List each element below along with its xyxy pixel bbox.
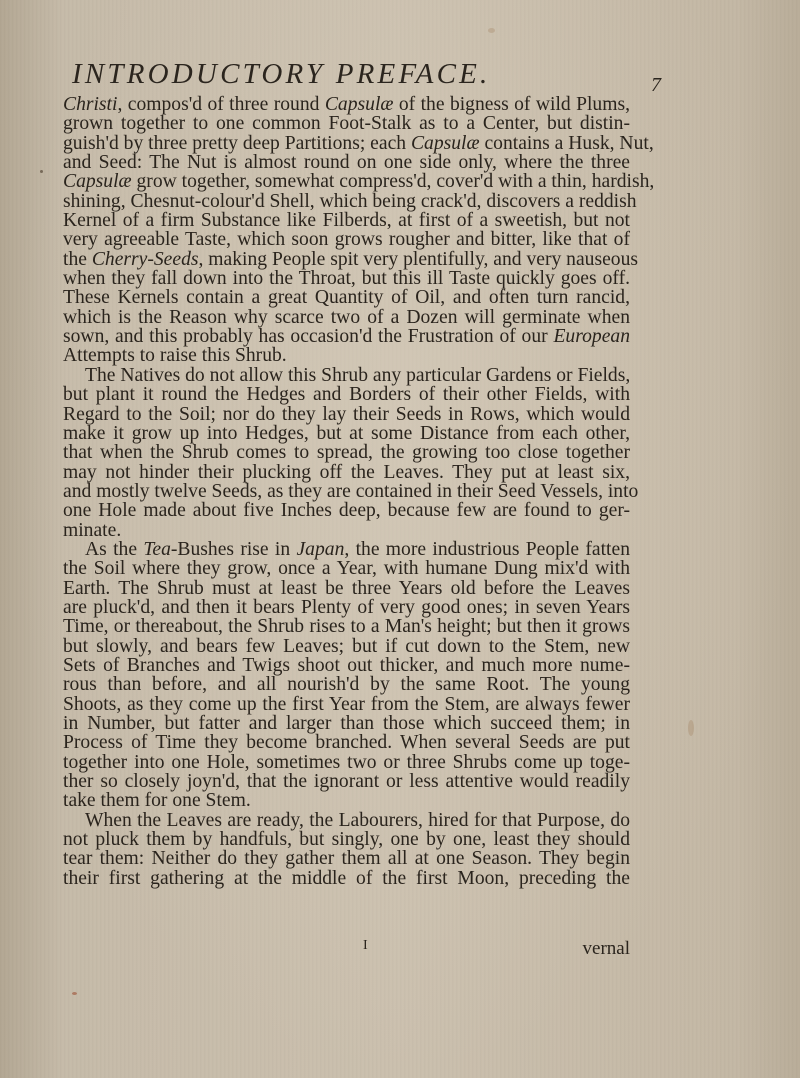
text-run: Regard to the Soil; nor do they lay thei… <box>63 404 630 425</box>
page-footer: I vernal <box>63 938 630 960</box>
text-run: tear them: Neither do they gather them a… <box>63 848 630 869</box>
text-line: rous than before, and all nourish'd by t… <box>63 675 630 694</box>
text-line: sown, and this probably has occasion'd t… <box>63 327 630 346</box>
text-line: grown together to one common Foot-Stalk … <box>63 114 630 133</box>
text-run: the <box>63 249 92 270</box>
text-run: of the bigness of wild Plums, <box>393 94 630 115</box>
text-line: These Kernels contain a great Quantity o… <box>63 288 630 307</box>
text-line: their first gathering at the middle of t… <box>63 869 630 888</box>
text-line: but slowly, and bears few Leaves; but if… <box>63 637 630 656</box>
text-line: When the Leaves are ready, the Labourers… <box>63 811 630 830</box>
text-line: together into one Hole, sometimes two or… <box>63 753 630 772</box>
text-run: These Kernels contain a great Quantity o… <box>63 287 630 308</box>
text-line: very agreeable Taste, which soon grows r… <box>63 230 630 249</box>
italic-term: Japan <box>296 539 344 560</box>
text-run: -Bushes rise in <box>171 539 297 560</box>
text-run: , making People spit very plentifully, a… <box>199 249 639 270</box>
paper-stain <box>72 992 77 995</box>
text-run: are pluck'd, and then it bears Plenty of… <box>63 597 630 618</box>
text-run: take them for one Stem. <box>63 790 251 811</box>
text-line: may not hinder their plucking off the Le… <box>63 463 630 482</box>
text-run: sown, and this probably has occasion'd t… <box>63 326 553 347</box>
text-run: may not hinder their plucking off the Le… <box>63 462 630 483</box>
text-run: grow together, somewhat compress'd, cove… <box>132 171 655 192</box>
text-run: The Natives do not allow this Shrub any … <box>85 365 630 386</box>
book-page: INTRODUCTORY PREFACE. 7 Christi, compos'… <box>0 0 800 1078</box>
text-line: Kernel of a firm Substance like Filberds… <box>63 211 630 230</box>
italic-term: Tea <box>143 539 171 560</box>
text-run: when they fall down into the Throat, but… <box>63 268 630 289</box>
catchword: vernal <box>583 938 630 960</box>
signature-mark: I <box>363 938 368 954</box>
text-line: and mostly twelve Seeds, as they are con… <box>63 482 630 501</box>
text-run: grown together to one common Foot-Stalk … <box>63 113 630 134</box>
text-line: and Seed: The Nut is almost round on one… <box>63 153 630 172</box>
running-head: INTRODUCTORY PREFACE. <box>72 58 592 91</box>
text-run: very agreeable Taste, which soon grows r… <box>63 229 630 250</box>
text-run: Earth. The Shrub must at least be three … <box>63 578 630 599</box>
paper-stain <box>488 28 495 33</box>
text-line: Process of Time they become branched. Wh… <box>63 733 630 752</box>
text-line: The Natives do not allow this Shrub any … <box>63 366 630 385</box>
text-run: Process of Time they become branched. Wh… <box>63 732 630 753</box>
text-line: Regard to the Soil; nor do they lay thei… <box>63 405 630 424</box>
italic-term: Christi <box>63 94 117 115</box>
text-line: that when the Shrub comes to spread, the… <box>63 443 630 462</box>
text-run: As the <box>85 539 143 560</box>
text-line: take them for one Stem. <box>63 791 630 810</box>
text-line: minate. <box>63 521 630 540</box>
text-line: are pluck'd, and then it bears Plenty of… <box>63 598 630 617</box>
italic-term: European <box>553 326 630 347</box>
text-run: When the Leaves are ready, the Labourers… <box>85 810 630 831</box>
text-line: the Cherry-Seeds, making People spit ver… <box>63 250 630 269</box>
italic-term: Capsulæ <box>325 94 394 115</box>
text-line: which is the Reason why scarce two of a … <box>63 308 630 327</box>
text-run: their first gathering at the middle of t… <box>63 868 630 889</box>
text-line: Shoots, as they come up the first Year f… <box>63 695 630 714</box>
paper-stain <box>688 720 694 736</box>
italic-term: Capsulæ <box>63 171 132 192</box>
body-text: Christi, compos'd of three round Capsulæ… <box>63 95 630 888</box>
text-line: Capsulæ grow together, somewhat compress… <box>63 172 630 191</box>
text-line: guish'd by three pretty deep Partitions;… <box>63 134 630 153</box>
text-run: Attempts to raise this Shrub. <box>63 345 287 366</box>
text-run: but plant it round the Hedges and Border… <box>63 384 630 405</box>
text-run: Sets of Branches and Twigs shoot out thi… <box>63 655 630 676</box>
text-run: Kernel of a firm Substance like Filberds… <box>63 210 630 231</box>
italic-term: Cherry-Seeds <box>92 249 199 270</box>
text-run: rous than before, and all nourish'd by t… <box>63 674 630 695</box>
text-run: minate. <box>63 520 121 541</box>
text-line: not pluck them by handfuls, but singly, … <box>63 830 630 849</box>
text-run: contains a Husk, Nut, <box>480 133 654 154</box>
text-run: that when the Shrub comes to spread, the… <box>63 442 630 463</box>
text-run: Shoots, as they come up the first Year f… <box>63 694 630 715</box>
text-run: , compos'd of three round <box>117 94 324 115</box>
text-run: not pluck them by handfuls, but singly, … <box>63 829 630 850</box>
text-line: when they fall down into the Throat, but… <box>63 269 630 288</box>
text-line: make it grow up into Hedges, but at some… <box>63 424 630 443</box>
text-run: and Seed: The Nut is almost round on one… <box>63 152 630 173</box>
margin-mark <box>40 170 43 173</box>
page-number: 7 <box>651 74 661 97</box>
text-run: , the more industrious People fatten <box>344 539 630 560</box>
text-line: the Soil where they grow, once a Year, w… <box>63 559 630 578</box>
text-line: Christi, compos'd of three round Capsulæ… <box>63 95 630 114</box>
text-run: together into one Hole, sometimes two or… <box>63 752 630 773</box>
text-run: in Number, but fatter and larger than th… <box>63 713 630 734</box>
text-run: make it grow up into Hedges, but at some… <box>63 423 630 444</box>
text-run: but slowly, and bears few Leaves; but if… <box>63 636 630 657</box>
text-line: tear them: Neither do they gather them a… <box>63 849 630 868</box>
text-line: shining, Chesnut-colour'd Shell, which b… <box>63 192 630 211</box>
text-line: Earth. The Shrub must at least be three … <box>63 579 630 598</box>
text-line: As the Tea-Bushes rise in Japan, the mor… <box>63 540 630 559</box>
text-run: ther so closely joyn'd, that the ignoran… <box>63 771 630 792</box>
text-line: Sets of Branches and Twigs shoot out thi… <box>63 656 630 675</box>
text-run: the Soil where they grow, once a Year, w… <box>63 558 630 579</box>
text-run: and mostly twelve Seeds, as they are con… <box>63 481 638 502</box>
text-line: in Number, but fatter and larger than th… <box>63 714 630 733</box>
text-line: ther so closely joyn'd, that the ignoran… <box>63 772 630 791</box>
text-run: shining, Chesnut-colour'd Shell, which b… <box>63 191 637 212</box>
text-line: Time, or thereabout, the Shrub rises to … <box>63 617 630 636</box>
text-line: but plant it round the Hedges and Border… <box>63 385 630 404</box>
italic-term: Capsulæ <box>411 133 480 154</box>
text-line: Attempts to raise this Shrub. <box>63 346 630 365</box>
text-run: which is the Reason why scarce two of a … <box>63 307 630 328</box>
text-run: Time, or thereabout, the Shrub rises to … <box>63 616 630 637</box>
text-run: guish'd by three pretty deep Partitions;… <box>63 133 411 154</box>
text-line: one Hole made about five Inches deep, be… <box>63 501 630 520</box>
text-run: one Hole made about five Inches deep, be… <box>63 500 630 521</box>
